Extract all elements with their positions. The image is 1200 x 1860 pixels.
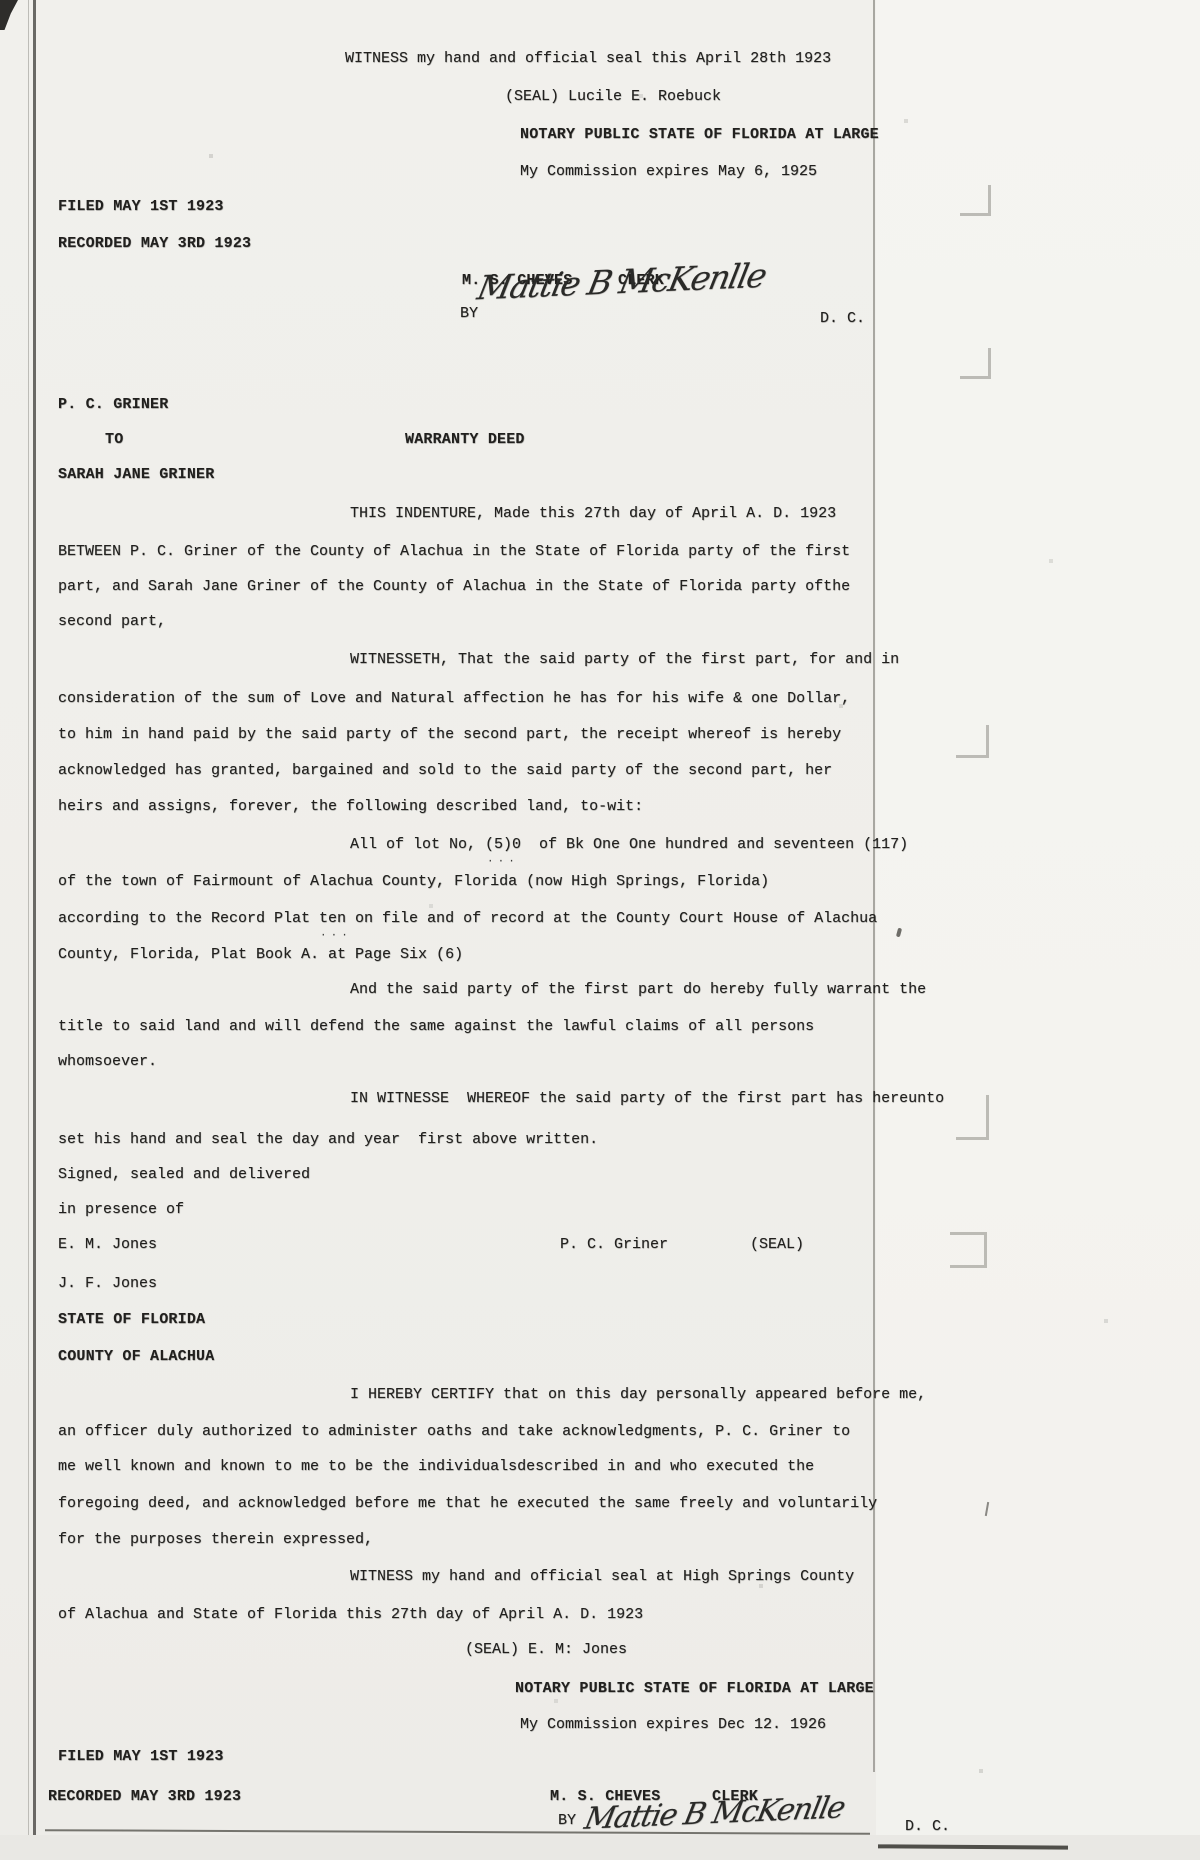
- by-label: BY: [558, 1812, 576, 1831]
- notary-seal-line: (SEAL) E. M: Jones: [465, 1641, 627, 1660]
- filed-stamp: FILED MAY 1ST 1923: [58, 198, 224, 217]
- margin-mark: [960, 185, 991, 216]
- margin-mark: [956, 725, 989, 758]
- ack-line: me well known and known to me to be the …: [58, 1458, 814, 1477]
- filed-stamp: FILED MAY 1ST 1923: [58, 1748, 224, 1767]
- notary-commission-line: My Commission expires May 6, 1925: [520, 163, 817, 182]
- instrument-title: WARRANTY DEED: [405, 431, 525, 450]
- deed-line: whomsoever.: [58, 1053, 157, 1072]
- deed-line: set his hand and seal the day and year f…: [58, 1131, 598, 1150]
- deed-line: consideration of the sum of Love and Nat…: [58, 690, 850, 709]
- deed-line: IN WITNESSE WHEREOF the said party of th…: [350, 1090, 944, 1109]
- deed-line: And the said party of the first part do …: [350, 981, 926, 1000]
- deed-scan-page: WITNESS my hand and official seal this A…: [0, 0, 1200, 1860]
- ack-line: I HEREBY CERTIFY that on this day person…: [350, 1386, 926, 1405]
- recorded-stamp: RECORDED MAY 3RD 1923: [48, 1788, 241, 1807]
- correction-dots: ···: [320, 930, 352, 942]
- deed-line: BETWEEN P. C. Griner of the County of Al…: [58, 543, 850, 562]
- witness-name: J. F. Jones: [58, 1275, 157, 1294]
- notary-seal-line: (SEAL) Lucile E. Roebuck: [505, 88, 721, 107]
- deed-line: Signed, sealed and delivered: [58, 1166, 310, 1185]
- to-label: TO: [105, 431, 123, 450]
- margin-mark: [950, 1232, 987, 1268]
- deed-line: County, Florida, Plat Book A. at Page Si…: [58, 946, 463, 965]
- deed-line: THIS INDENTURE, Made this 27th day of Ap…: [350, 505, 836, 524]
- corner-ink-blob: [0, 0, 18, 30]
- grantee-name: SARAH JANE GRINER: [58, 466, 214, 485]
- deed-line: according to the Record Plat ten on file…: [58, 910, 877, 929]
- witness-name: E. M. Jones: [58, 1236, 157, 1255]
- notary-title: NOTARY PUBLIC STATE OF FLORIDA AT LARGE: [515, 1680, 874, 1699]
- ack-line: an officer duly authorized to administer…: [58, 1423, 850, 1442]
- recorded-stamp: RECORDED MAY 3RD 1923: [58, 235, 251, 254]
- notary-witness-line: WITNESS my hand and official seal this A…: [345, 50, 831, 69]
- county-line: COUNTY OF ALACHUA: [58, 1348, 214, 1367]
- scan-speckles: [0, 0, 2, 2]
- ack-line: foregoing deed, and acknowledged before …: [58, 1495, 877, 1514]
- ack-line: WITNESS my hand and official seal at Hig…: [350, 1568, 854, 1587]
- deed-line: WITNESSETH, That the said party of the f…: [350, 651, 899, 670]
- left-margin-rule: [33, 0, 36, 1840]
- deputy-clerk-signature: Mattie B McKenlle: [474, 256, 769, 308]
- margin-mark: [956, 1095, 989, 1140]
- deed-line: All of lot No, (5)0 of Bk One One hundre…: [350, 836, 908, 855]
- grantor-name: P. C. GRINER: [58, 396, 168, 415]
- deed-line: part, and Sarah Jane Griner of the Count…: [58, 578, 850, 597]
- margin-mark: [960, 348, 991, 379]
- left-edge-shadow: [28, 0, 29, 1840]
- deputy-clerk-initials: D. C.: [820, 310, 865, 329]
- notary-title: NOTARY PUBLIC STATE OF FLORIDA AT LARGE: [520, 126, 879, 145]
- notary-commission-line: My Commission expires Dec 12. 1926: [520, 1716, 826, 1735]
- grantor-signature: P. C. Griner: [560, 1236, 668, 1255]
- deputy-clerk-initials: D. C.: [905, 1818, 950, 1837]
- ack-line: of Alachua and State of Florida this 27t…: [58, 1606, 643, 1625]
- right-strip-tint: [876, 0, 1200, 1835]
- bottom-paper-edge: [45, 1829, 870, 1835]
- deed-line: title to said land and will defend the s…: [58, 1018, 814, 1037]
- deed-line: in presence of: [58, 1201, 184, 1220]
- correction-dots: ···: [487, 856, 519, 868]
- ack-line: for the purposes therein expressed,: [58, 1531, 373, 1550]
- deed-line: acknowledged has granted, bargained and …: [58, 762, 832, 781]
- seal-label: (SEAL): [750, 1236, 804, 1255]
- deed-line: second part,: [58, 613, 166, 632]
- state-line: STATE OF FLORIDA: [58, 1311, 205, 1330]
- deed-line: of the town of Fairmount of Alachua Coun…: [58, 873, 769, 892]
- deed-line: heirs and assigns, forever, the followin…: [58, 798, 643, 817]
- deed-line: to him in hand paid by the said party of…: [58, 726, 841, 745]
- by-label: BY: [460, 305, 478, 324]
